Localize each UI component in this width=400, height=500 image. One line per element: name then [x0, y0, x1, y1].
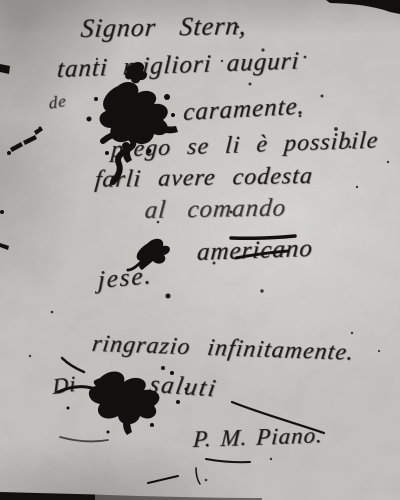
- ink-speck: [87, 117, 92, 122]
- handwritten-letter-photo: Signor Stern, tanti migliori auguri de t…: [0, 0, 400, 500]
- left-speck: [39, 127, 42, 130]
- left-edge-mark: [0, 64, 10, 74]
- photo-edge-bottom: [0, 492, 95, 500]
- ink-speck: [161, 366, 165, 370]
- letter-line-salutation: Signor Stern,: [79, 11, 248, 44]
- letter-line-di: Di: [52, 371, 77, 400]
- photo-edge-top: [326, 0, 400, 14]
- left-scribble-dash: [23, 135, 37, 145]
- letter-line-prego: prego se li è possibile: [110, 128, 379, 164]
- letter-line-auguri: tanti migliori auguri: [56, 48, 300, 85]
- ink-speck: [105, 151, 109, 155]
- letter-line-ringrazio: ringrazio infinitamente.: [90, 331, 356, 367]
- ink-speck: [107, 431, 110, 434]
- stray-dash: [196, 468, 200, 484]
- letter-line-farli: farli avere codesta: [94, 163, 314, 194]
- ink-blot-lower-streak: [60, 437, 108, 441]
- left-speck: [7, 151, 11, 155]
- stray-dash: [148, 476, 178, 483]
- ink-blot-upper-arm: [152, 122, 178, 133]
- ink-speck: [67, 407, 70, 410]
- letter-line-to: to: [144, 96, 164, 122]
- letter-margin-word: de: [48, 91, 67, 114]
- left-edge-mark: [0, 243, 9, 250]
- left-speck: [0, 210, 4, 214]
- photo-edge-bottom-fade: [95, 495, 262, 500]
- ink-speck: [150, 423, 154, 427]
- left-scribble-dash: [34, 127, 43, 135]
- letter-line-jese: jese.: [98, 262, 153, 295]
- left-scribble-dash: [10, 142, 23, 152]
- letter-line-comando: al comando: [144, 195, 288, 226]
- letter-signature: P. M. Piano.: [192, 422, 324, 453]
- ink-speck: [164, 94, 170, 100]
- letter-line-caramente: caramente.: [183, 93, 306, 127]
- letter-line-americano: americano: [196, 235, 314, 267]
- ink-blot-lower-drip: [123, 415, 132, 435]
- ink-speck: [94, 97, 98, 101]
- signature-underline: [206, 459, 250, 462]
- ink-blot-lower-arm-up: [62, 358, 84, 372]
- letter-line-saluti: saluti: [147, 371, 219, 403]
- jese-dot: [166, 294, 171, 299]
- ink-speck: [171, 113, 175, 117]
